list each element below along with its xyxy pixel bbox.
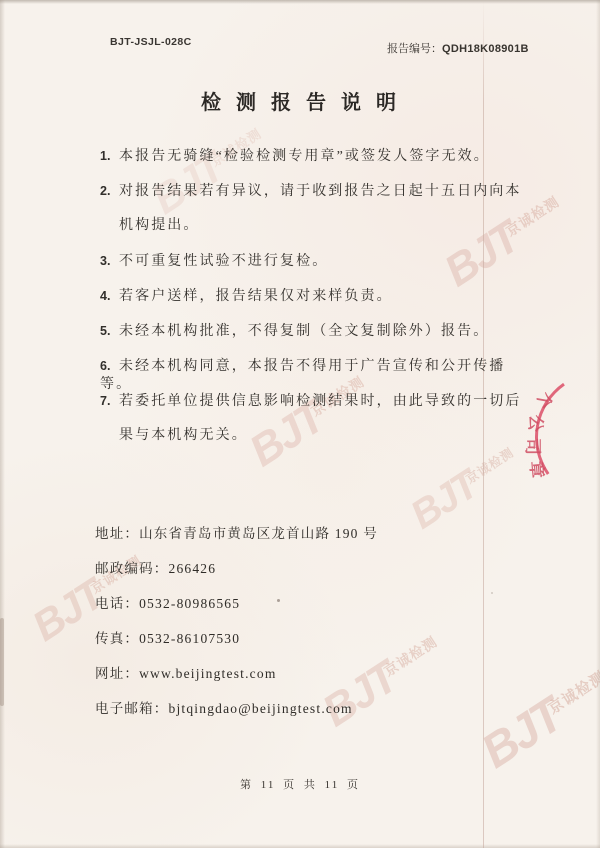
note-1: 1.本报告无骑缝“检验检测专用章”或签发人签字无效。 bbox=[100, 147, 524, 182]
report-number-value: QDH18K08901B bbox=[442, 43, 529, 55]
scan-edge-left bbox=[0, 0, 5, 848]
contact-label: 网址： bbox=[95, 666, 139, 681]
note-text: 机构提出。 bbox=[119, 218, 200, 233]
contact-value: bjtqingdao@beijingtest.com bbox=[169, 701, 353, 716]
note-7: 7.若委托单位提供信息影响检测结果时，由此导致的一切后 bbox=[100, 392, 524, 427]
note-7-continuation: 果与本机构无关。 bbox=[100, 427, 524, 462]
watermark-cn-text: 京诚检测 bbox=[380, 631, 441, 680]
note-number: 5. bbox=[100, 322, 119, 340]
contact-label: 电话： bbox=[95, 596, 139, 611]
scan-edge-smudge bbox=[0, 618, 4, 706]
watermark-logo-text: BJT bbox=[403, 463, 485, 538]
contact-value: www.beijingtest.com bbox=[139, 666, 276, 681]
stamp-character: 个 bbox=[532, 390, 560, 411]
contact-value: 山东省青岛市黄岛区龙首山路 190 号 bbox=[139, 526, 378, 541]
note-6: 6.未经本机构同意，本报告不得用于广告宣传和公开传播等。 bbox=[100, 357, 524, 392]
contact-row: 邮政编码：266426 bbox=[95, 559, 378, 594]
note-text: 本报告无骑缝“检验检测专用章”或签发人签字无效。 bbox=[119, 149, 490, 164]
note-text: 若委托单位提供信息影响检测结果时，由此导致的一切后 bbox=[119, 394, 522, 409]
stamp-character: 司 bbox=[522, 438, 547, 455]
note-text: 若客户送样，报告结果仅对来样负责。 bbox=[119, 289, 393, 304]
contact-row: 网址：www.beijingtest.com bbox=[95, 664, 378, 699]
contact-row: 电话：0532-80986565 bbox=[95, 594, 378, 629]
contact-row: 电子邮箱：bjtqingdao@beijingtest.com bbox=[95, 699, 378, 734]
contact-label: 邮政编码： bbox=[95, 561, 169, 576]
note-4: 4.若客户送样，报告结果仅对来样负责。 bbox=[100, 287, 524, 322]
form-code: BJT-JSJL-028C bbox=[110, 36, 192, 48]
note-number: 6. bbox=[100, 357, 119, 375]
paper-speck bbox=[491, 592, 493, 594]
note-5: 5.未经本机构批准，不得复制（全文复制除外）报告。 bbox=[100, 322, 524, 357]
note-number: 1. bbox=[100, 147, 119, 165]
contact-label: 地址： bbox=[95, 526, 139, 541]
note-number: 4. bbox=[100, 287, 119, 305]
note-2-continuation: 机构提出。 bbox=[100, 217, 524, 252]
contact-block: 地址：山东省青岛市黄岛区龙首山路 190 号邮政编码：266426电话：0532… bbox=[95, 524, 378, 734]
note-text: 果与本机构无关。 bbox=[119, 428, 248, 443]
note-text: 未经本机构同意，本报告不得用于广告宣传和公开传播等。 bbox=[100, 359, 505, 392]
note-number: 7. bbox=[100, 392, 119, 410]
note-number: 2. bbox=[100, 182, 119, 200]
contact-value: 266426 bbox=[169, 561, 217, 576]
page-title: 检 测 报 告 说 明 bbox=[0, 86, 600, 115]
stamp-character: 章 bbox=[525, 460, 551, 479]
scan-edge-top bbox=[0, 0, 600, 4]
scanned-report-page: BJT京诚检测BJT京诚检测BJT京诚检测BJT京诚检测BJT京诚检测BJT京诚… bbox=[0, 0, 600, 848]
contact-label: 传真： bbox=[95, 631, 139, 646]
notes-list: 1.本报告无骑缝“检验检测专用章”或签发人签字无效。2.对报告结果若有异议，请于… bbox=[100, 147, 524, 462]
note-text: 未经本机构批准，不得复制（全文复制除外）报告。 bbox=[119, 324, 489, 339]
note-text: 对报告结果若有异议，请于收到报告之日起十五日内向本 bbox=[119, 184, 522, 199]
report-number: 报告编号：QDH18K08901B bbox=[387, 40, 529, 56]
contact-value: 0532-80986565 bbox=[139, 596, 240, 611]
stamp-character: 公 bbox=[524, 414, 550, 433]
contact-row: 传真：0532-86107530 bbox=[95, 629, 378, 664]
note-3: 3.不可重复性试验不进行复检。 bbox=[100, 252, 524, 287]
note-number: 3. bbox=[100, 252, 119, 270]
scan-edge-bottom bbox=[0, 844, 600, 848]
note-text: 不可重复性试验不进行复检。 bbox=[119, 254, 328, 269]
watermark-cn-text: 京诚检测 bbox=[544, 666, 600, 719]
watermark-logo-text: BJT bbox=[472, 689, 571, 779]
contact-value: 0532-86107530 bbox=[139, 631, 240, 646]
contact-row: 地址：山东省青岛市黄岛区龙首山路 190 号 bbox=[95, 524, 378, 559]
report-number-label: 报告编号： bbox=[387, 43, 442, 55]
brand-watermark: BJT京诚检测 bbox=[472, 656, 600, 779]
red-stamp-arc bbox=[525, 361, 600, 514]
note-2: 2.对报告结果若有异议，请于收到报告之日起十五日内向本 bbox=[100, 182, 524, 217]
contact-label: 电子邮箱： bbox=[95, 701, 169, 716]
page-footer: 第 11 页 共 11 页 bbox=[0, 776, 600, 792]
